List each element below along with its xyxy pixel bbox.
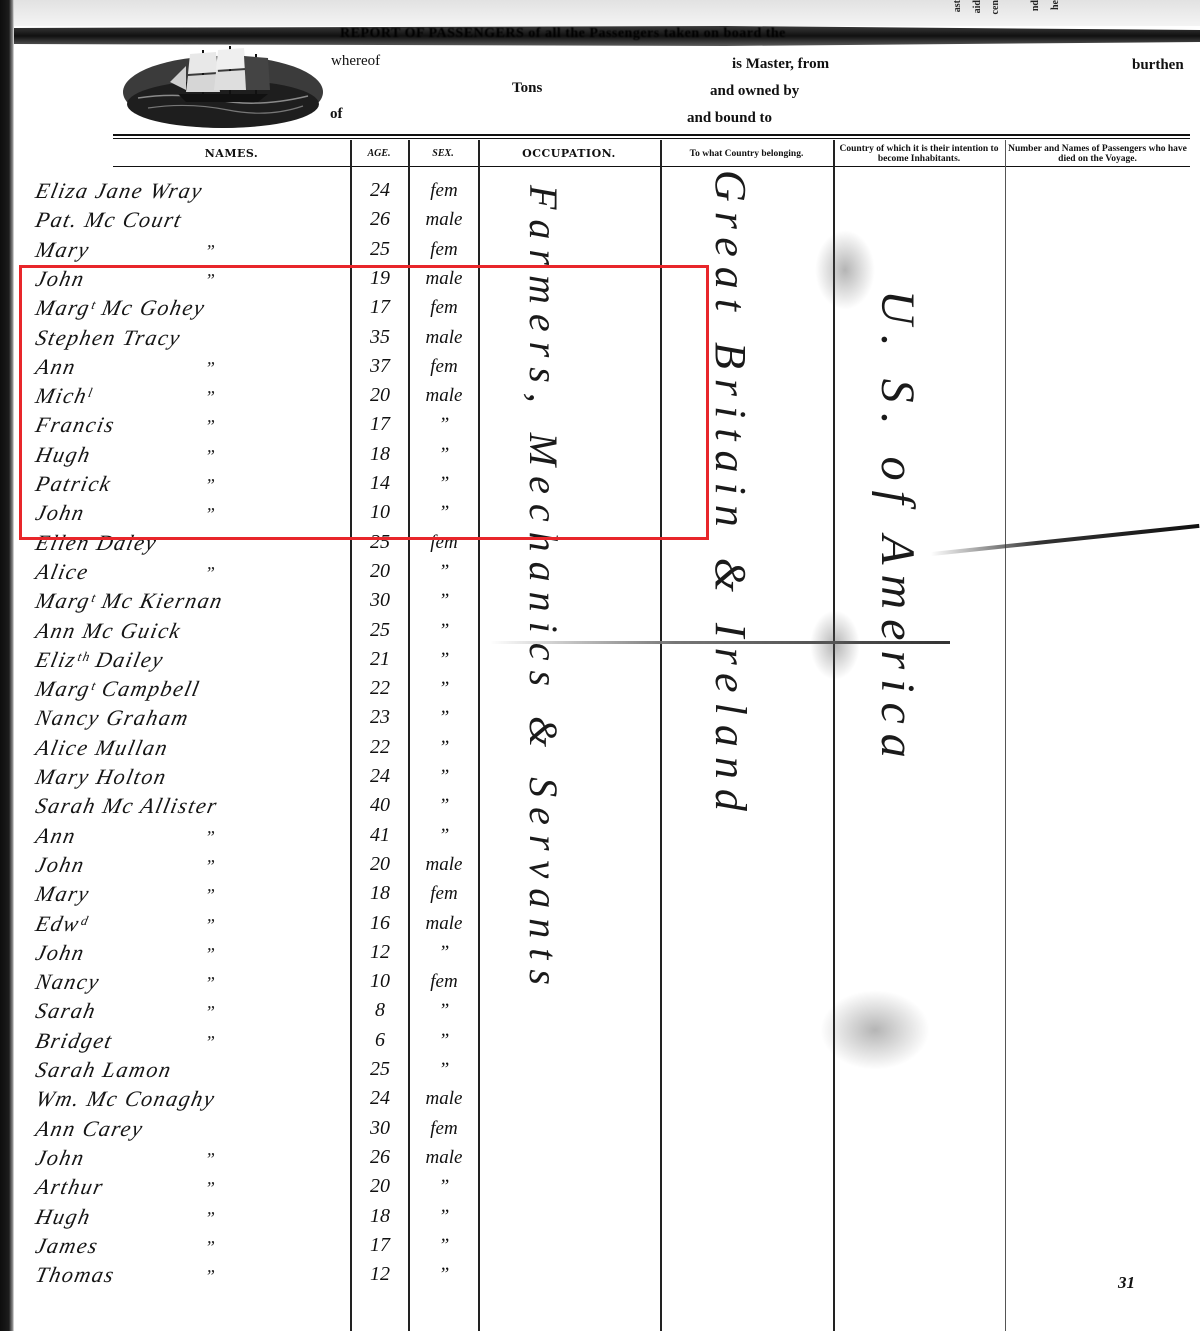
passenger-age: 25 [356, 1058, 404, 1081]
passenger-name: Wm. Mc Conaghy [33, 1086, 218, 1112]
ditto-mark: ” [205, 944, 215, 965]
header-burthen: burthen [1132, 57, 1184, 74]
passenger-age: 25 [356, 619, 404, 642]
passenger-age: 30 [356, 1117, 404, 1140]
column-divider [1005, 140, 1006, 1331]
passenger-sex: ” [410, 561, 478, 583]
passenger-age: 23 [356, 706, 404, 729]
passenger-sex: ” [410, 825, 478, 847]
passenger-age: 25 [356, 238, 404, 261]
paper-tape-mark [820, 990, 930, 1070]
passenger-sex: ” [410, 649, 478, 671]
column-header-occupation: OCCUPATION. [478, 142, 660, 166]
passenger-sex: ” [410, 1235, 478, 1257]
table-row: Margᵗ Mc Kiernan30” [20, 586, 490, 615]
table-row: Ann Carey30fem [20, 1114, 490, 1143]
passenger-age: 24 [356, 179, 404, 202]
table-row: Margᵗ Campbell22” [20, 674, 490, 703]
ditto-mark: ” [205, 885, 215, 906]
passenger-sex: ” [410, 1059, 478, 1081]
passenger-name: Sarah [33, 998, 99, 1024]
passenger-age: 30 [356, 589, 404, 612]
passenger-name: Mary [33, 237, 92, 263]
passenger-name: Ann Mc Guick [33, 618, 184, 644]
table-row: Sarah Mc Allister40” [20, 791, 490, 820]
scan-left-edge [0, 0, 14, 1331]
table-row: Nancy”10fem [20, 967, 490, 996]
passenger-name: Edwᵈ [33, 911, 90, 937]
bleed-through-text: nd [1030, 0, 1041, 11]
passenger-age: 18 [356, 882, 404, 905]
ditto-mark: ” [205, 1002, 215, 1023]
passenger-sex: ” [410, 1000, 478, 1022]
passenger-age: 22 [356, 677, 404, 700]
passenger-sex: male [410, 209, 478, 231]
passenger-age: 26 [356, 208, 404, 231]
table-row: James”17” [20, 1231, 490, 1260]
passenger-sex: fem [410, 971, 478, 993]
column-header-country-belonging: To what Country belonging. [660, 142, 833, 166]
table-row: Mary Holton24” [20, 762, 490, 791]
ship-engraving-icon [118, 42, 328, 130]
passenger-age: 10 [356, 970, 404, 993]
header-is-master-from: is Master, from [732, 56, 829, 73]
passenger-age: 17 [356, 1234, 404, 1257]
passenger-name: Nancy [33, 969, 102, 995]
ditto-mark: ” [205, 827, 215, 848]
passenger-age: 41 [356, 824, 404, 847]
table-row: Elizᵗʰ Dailey21” [20, 645, 490, 674]
passenger-sex: ” [410, 1176, 478, 1198]
passenger-name: John [33, 1145, 87, 1171]
passenger-name: Mary Holton [33, 764, 169, 790]
passenger-name: Nancy Graham [33, 705, 192, 731]
header-of: of [330, 106, 343, 123]
passenger-age: 8 [356, 999, 404, 1022]
ditto-mark: ” [205, 856, 215, 877]
table-row: Hugh”18” [20, 1202, 490, 1231]
passenger-name: John [33, 852, 87, 878]
passenger-name: Thomas [33, 1262, 117, 1288]
passenger-sex: ” [410, 590, 478, 612]
passenger-sex: ” [410, 1264, 478, 1286]
table-row: Alice”20” [20, 557, 490, 586]
passenger-name: Mary [33, 881, 92, 907]
table-row: Thomas”12” [20, 1260, 490, 1289]
header-whereof: whereof [331, 53, 380, 70]
passenger-sex: fem [410, 239, 478, 261]
passenger-name: Alice [33, 559, 91, 585]
passenger-age: 12 [356, 941, 404, 964]
passenger-age: 20 [356, 560, 404, 583]
country-belonging-vertical-text: Great Britain & Ireland [705, 170, 756, 990]
column-header-sex: SEX. [408, 142, 478, 166]
passenger-age: 22 [356, 736, 404, 759]
table-row: Arthur”20” [20, 1172, 490, 1201]
header-rule-top-thin [113, 138, 1190, 139]
passenger-age: 20 [356, 853, 404, 876]
header-rule-bottom [113, 166, 1190, 167]
ditto-mark: ” [205, 1266, 215, 1287]
header-and-owned-by: and owned by [710, 83, 799, 100]
table-row: Sarah Lamon25” [20, 1055, 490, 1084]
passenger-name: John [33, 940, 87, 966]
passenger-name: Ann Carey [33, 1116, 146, 1142]
passenger-name: Margᵗ Campbell [33, 676, 202, 702]
passenger-age: 16 [356, 912, 404, 935]
header-tons: Tons [512, 80, 542, 97]
ink-smudge [815, 230, 875, 310]
passenger-sex: ” [410, 707, 478, 729]
passenger-sex: ” [410, 737, 478, 759]
highlight-box [19, 265, 709, 540]
passenger-sex: ” [410, 620, 478, 642]
table-row: Bridget”6” [20, 1026, 490, 1055]
bleed-through-text: aid [972, 0, 983, 13]
passenger-name: Hugh [33, 1204, 93, 1230]
passenger-sex: ” [410, 766, 478, 788]
passenger-age: 24 [356, 765, 404, 788]
passenger-sex: ” [410, 1206, 478, 1228]
table-row: Eliza Jane Wray24fem [20, 176, 490, 205]
passenger-name: Sarah Mc Allister [33, 793, 220, 819]
ditto-mark: ” [205, 1208, 215, 1229]
passenger-age: 12 [356, 1263, 404, 1286]
ditto-mark: ” [205, 241, 215, 262]
passenger-sex: male [410, 1088, 478, 1110]
passenger-sex: fem [410, 883, 478, 905]
table-row: Ann Mc Guick25” [20, 616, 490, 645]
column-header-died-on-voyage: Number and Names of Passengers who have … [1005, 142, 1190, 166]
passenger-sex: ” [410, 1030, 478, 1052]
passenger-age: 18 [356, 1205, 404, 1228]
bleed-through-text: cen [990, 0, 1001, 14]
table-row: John”20male [20, 850, 490, 879]
ditto-mark: ” [205, 1149, 215, 1170]
ditto-mark: ” [205, 1237, 215, 1258]
table-row: Ann”41” [20, 821, 490, 850]
table-row: Edwᵈ”16male [20, 909, 490, 938]
header-and-bound-to: and bound to [687, 110, 772, 127]
passenger-name: Pat. Mc Court [33, 207, 185, 233]
passenger-age: 21 [356, 648, 404, 671]
table-row: Alice Mullan22” [20, 733, 490, 762]
paper-crease [490, 641, 950, 644]
column-header-country-intention: Country of which it is their intention t… [833, 142, 1005, 166]
passenger-name: Ann [33, 823, 78, 849]
passenger-sex: male [410, 1147, 478, 1169]
passenger-age: 40 [356, 794, 404, 817]
passenger-age: 24 [356, 1087, 404, 1110]
column-header-names: NAMES. [113, 142, 350, 166]
ditto-mark: ” [205, 1032, 215, 1053]
table-row: Pat. Mc Court26male [20, 205, 490, 234]
ditto-mark: ” [205, 563, 215, 584]
table-row: John”26male [20, 1143, 490, 1172]
page-number: 31 [1118, 1273, 1135, 1293]
passenger-name: Alice Mullan [33, 735, 171, 761]
passenger-name: James [33, 1233, 101, 1259]
passenger-name: Margᵗ Mc Kiernan [33, 588, 226, 614]
ditto-mark: ” [205, 973, 215, 994]
table-row: John”12” [20, 938, 490, 967]
passenger-sex: ” [410, 942, 478, 964]
passenger-age: 6 [356, 1029, 404, 1052]
passenger-name: Arthur [33, 1174, 106, 1200]
passenger-sex: male [410, 913, 478, 935]
passenger-sex: fem [410, 1118, 478, 1140]
ditto-mark: ” [205, 915, 215, 936]
band-title: REPORT OF PASSENGERS of all the Passenge… [340, 26, 786, 42]
passenger-name: Elizᵗʰ Dailey [33, 647, 166, 673]
table-row: Wm. Mc Conaghy24male [20, 1084, 490, 1113]
table-row: Nancy Graham23” [20, 703, 490, 732]
passenger-age: 20 [356, 1175, 404, 1198]
passenger-sex: ” [410, 795, 478, 817]
column-header-age: AGE. [350, 142, 408, 166]
passenger-age: 26 [356, 1146, 404, 1169]
paper-crease [931, 524, 1200, 556]
passenger-sex: ” [410, 678, 478, 700]
table-row: Sarah”8” [20, 996, 490, 1025]
bleed-through-text: he [1050, 0, 1061, 10]
country-intention-vertical-text: U. S. of America [870, 290, 925, 850]
table-row: Mary”25fem [20, 235, 490, 264]
passenger-sex: fem [410, 180, 478, 202]
header-rule-top [113, 134, 1190, 136]
table-row: Mary”18fem [20, 879, 490, 908]
passenger-name: Eliza Jane Wray [33, 178, 205, 204]
passenger-sex: male [410, 854, 478, 876]
column-divider [833, 140, 835, 1331]
passenger-name: Sarah Lamon [33, 1057, 174, 1083]
ink-smudge [810, 610, 860, 680]
bleed-through-text: ast [952, 0, 963, 12]
passenger-name: Bridget [33, 1028, 115, 1054]
scan-top-fade [14, 0, 1200, 26]
ditto-mark: ” [205, 1178, 215, 1199]
